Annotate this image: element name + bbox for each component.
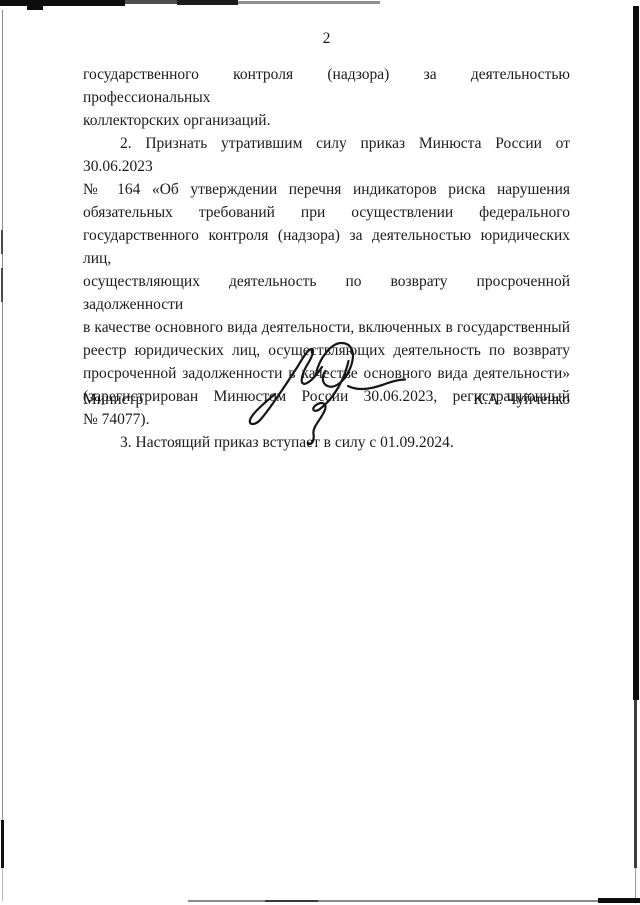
text-line: осуществляющих деятельность по возврату … (83, 270, 570, 316)
scan-artifact-left-dash (1, 230, 3, 254)
document-page: 2 государственного контроля (надзора) за… (0, 0, 640, 905)
scan-artifact-right-line (635, 868, 636, 901)
scan-artifact-top-blob (27, 0, 43, 10)
scan-artifact-top-bar (238, 1, 380, 4)
signature-role: Министр (83, 388, 143, 411)
text-line: обязательных требований при осуществлени… (83, 201, 570, 224)
text-line: государственного контроля (надзора) за д… (83, 63, 570, 109)
text-line: 2. Признать утратившим силу приказ Минюс… (83, 132, 570, 178)
text-line: коллекторских организаций. (83, 109, 570, 132)
scan-artifact-bottom-line (188, 900, 640, 902)
scan-artifact-bottom-line (265, 900, 318, 902)
minister-signature-image (228, 333, 410, 451)
scan-artifact-left-dash (1, 268, 3, 302)
scan-artifact-top-bar (0, 0, 125, 6)
scan-artifact-right-bar (633, 6, 639, 700)
scan-artifact-top-bar (177, 0, 238, 5)
scan-artifact-bottom-bar (598, 898, 640, 903)
signature-name: К.А. Чуйченко (473, 388, 570, 411)
scan-artifact-left-line (2, 10, 3, 820)
text-line: № 164 «Об утверждении перечня индикаторо… (83, 178, 570, 201)
scan-artifact-top-bar (125, 0, 177, 4)
text-line: государственного контроля (надзора) за д… (83, 224, 570, 270)
page-number: 2 (83, 30, 570, 48)
scan-artifact-left-line (2, 868, 3, 901)
scan-artifact-left-bar (1, 820, 4, 868)
scan-artifact-right-bar (634, 700, 637, 868)
